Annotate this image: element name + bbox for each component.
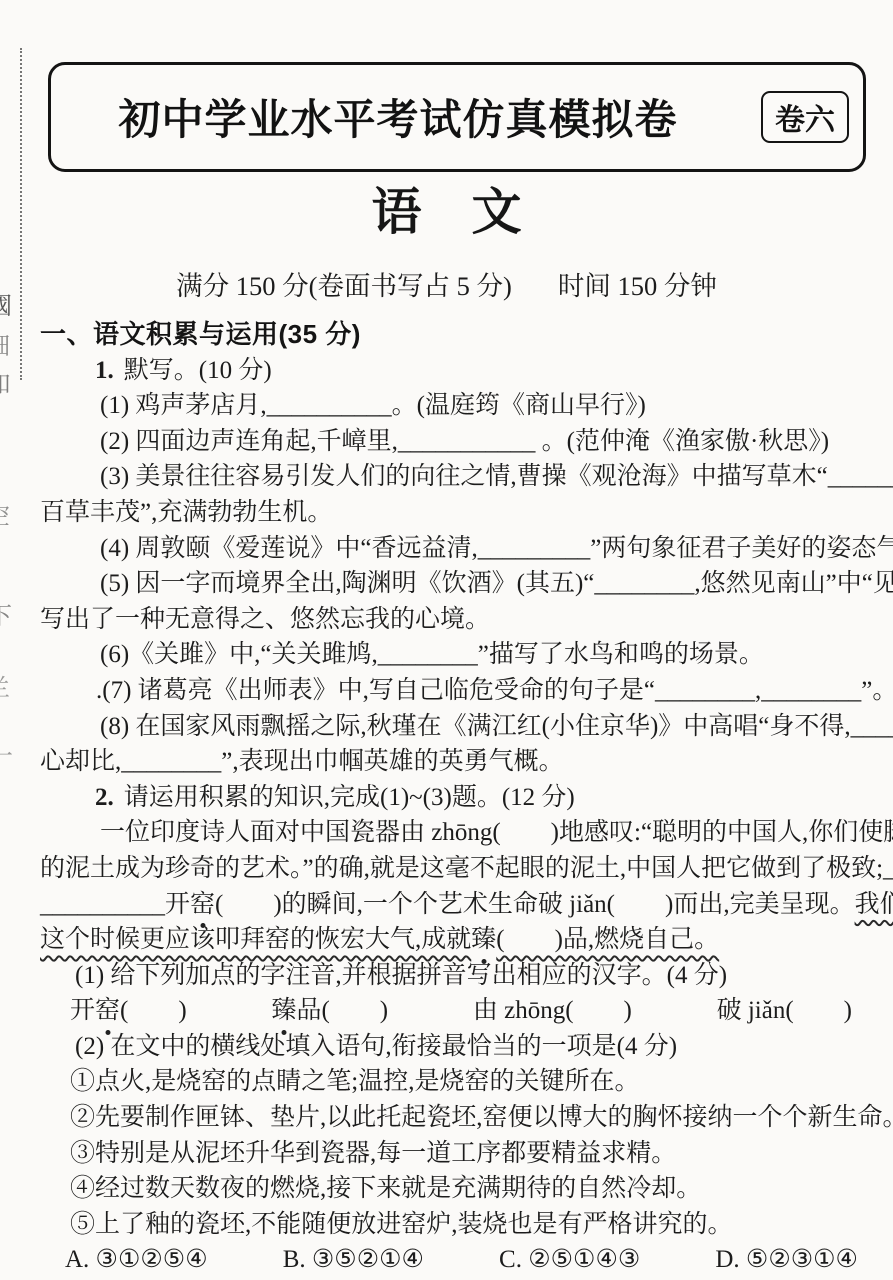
ordering-sentence-3: ③特别是从泥坯升华到瓷器,每一道工序都要精益求精。 — [40, 1136, 866, 1172]
option-D: D. ⑤②③①④ — [715, 1242, 858, 1278]
passage-line-1: 一位印度诗人面对中国瓷器由 zhōng( )地感叹:“聪明的中国人,你们使脚下 — [40, 815, 866, 851]
passage-line-4: 这个时候更应该叩拜窑的恢宏大气,成就臻( )品,燃烧自己。 — [40, 922, 866, 958]
ordering-sentence-5: ⑤上了釉的瓷坯,不能随便放进窑炉,装烧也是有严格讲究的。 — [40, 1207, 866, 1243]
option-B: B. ③⑤②①④ — [283, 1242, 424, 1278]
margin-artifact: 如 — [0, 364, 11, 399]
passage-text: ( )品,燃烧自己。 — [496, 926, 719, 953]
option-C: C. ②⑤①④③ — [499, 1242, 640, 1278]
ordering-sentence-1: ①点火,是烧窑的点睛之笔;温控,是烧窑的关键所在。 — [40, 1064, 866, 1100]
subquestion-1: (1) 给下列加点的字注音,并根据拼音写出相应的汉字。(4 分) — [40, 958, 866, 994]
margin-artifact: 空 — [0, 496, 10, 531]
exam-title: 初中学业水平考试仿真模拟卷 — [51, 65, 745, 169]
subject-char-second: 文 — [472, 184, 522, 240]
pinyin-item-kaiyao: 开窑( ) — [70, 993, 187, 1029]
margin-artifact: 下 — [0, 596, 12, 631]
question-1-heading: 1.默写。(10 分) — [40, 353, 866, 389]
passage-text: 这个时候更应该叩拜窑的恢宏大气,成就 — [40, 926, 471, 953]
passage-text: ( )的瞬间,一个个艺术生命破 jiǎn( )而出,完美呈现。 — [215, 891, 855, 918]
pinyin-item-pojian: 破 jiǎn( ) — [717, 993, 852, 1029]
subquestion-2: (2) 在文中的横线处填入语句,衔接最恰当的一项是(4 分) — [40, 1029, 866, 1065]
pinyin-answer-row: 开窑( ) 臻品( ) 由 zhōng( ) 破 jiǎn( ) — [40, 993, 866, 1029]
emphasized-char-yao: 窑 — [95, 993, 120, 1029]
margin-artifact: 兰 — [0, 668, 10, 703]
recitation-item-5: (5) 因一字而境界全出,陶渊明《饮酒》(其五)“________,悠然见南山”… — [40, 566, 866, 602]
recitation-item-8: (8) 在国家风雨飘摇之际,秋瑾在《满江红(小住京华)》中高唱“身不得,____… — [40, 709, 866, 745]
question-1-number: 1. — [95, 357, 114, 384]
answer-options-row: A. ③①②⑤④ B. ③⑤②①④ C. ②⑤①④③ D. ⑤②③①④ — [40, 1242, 866, 1278]
pinyin-item-youzhong: 由 zhōng( ) — [473, 993, 632, 1029]
margin-artifact: 细 — [0, 326, 10, 361]
question-2-number: 2. — [95, 784, 114, 811]
exam-header-box: 初中学业水平考试仿真模拟卷 卷六 — [48, 62, 866, 172]
pinyin-item-zhenpin: 臻品( ) — [271, 993, 388, 1029]
passage-line-2: 的泥土成为珍奇的艺术。”的确,就是这毫不起眼的泥土,中国人把它做到了极致;___… — [40, 851, 866, 887]
recitation-item-1: (1) 鸡声茅店月,__________。(温庭筠《商山早行》) — [40, 388, 866, 424]
exam-body: 一、语文积累与运用(35 分) 1.默写。(10 分) (1) 鸡声茅店月,__… — [40, 317, 866, 1278]
volume-badge: 卷六 — [761, 91, 849, 143]
ordering-sentence-2: ②先要制作匣钵、垫片,以此托起瓷坯,窑便以博大的胸怀接纳一个个新生命。 — [40, 1100, 866, 1136]
exam-meta: 满分 150 分(卷面书写占 5 分)时间 150 分钟 — [0, 264, 893, 303]
question-1-title: 默写。(10 分) — [124, 357, 272, 384]
recitation-item-2: (2) 四面边声连角起,千嶂里,___________ 。(范仲淹《渔家傲·秋思… — [40, 424, 866, 460]
recitation-item-5-continued: 写出了一种无意得之、悠然忘我的心境。 — [40, 602, 866, 638]
exam-paper-page: 國 细 如 空 下 兰 一 初中学业水平考试仿真模拟卷 卷六 语文 满分 150… — [0, 0, 893, 1280]
ordering-sentence-4: ④经过数天数夜的燃烧,接下来就是充满期待的自然冷却。 — [40, 1171, 866, 1207]
passage-line-3: __________开窑( )的瞬间,一个个艺术生命破 jiǎn( )而出,完美… — [40, 887, 866, 923]
wavy-underlined-text: 我们 — [855, 891, 893, 918]
question-2-heading: 2.请运用积累的知识,完成(1)~(3)题。(12 分) — [40, 780, 866, 816]
emphasized-char-yao: 窑 — [190, 887, 215, 923]
option-A: A. ③①②⑤④ — [65, 1242, 208, 1278]
recitation-item-3-continued: 百草丰茂”,充满勃勃生机。 — [40, 495, 866, 531]
recitation-item-3: (3) 美景往往容易引发人们的向往之情,曹操《观沧海》中描写草木“_______… — [40, 459, 866, 495]
meta-total-score: 满分 150 分(卷面书写占 5 分) — [176, 264, 512, 303]
recitation-item-4: (4) 周敦颐《爱莲说》中“香远益清,_________”两句象征君子美好的姿态… — [40, 531, 866, 567]
recitation-item-6: (6)《关雎》中,“关关雎鸠,________”描写了水鸟和鸣的场景。 — [40, 637, 866, 673]
passage-text: 开 — [165, 891, 190, 918]
recitation-item-8-continued: 心却比,________”,表现出巾帼英雄的英勇气概。 — [40, 744, 866, 780]
emphasized-char-zhen: 臻 — [271, 993, 296, 1029]
recitation-item-7: .(7) 诸葛亮《出师表》中,写自己临危受命的句子是“________,____… — [40, 673, 866, 709]
subject-title: 语文 — [0, 184, 893, 240]
section-1-heading: 一、语文积累与运用(35 分) — [40, 317, 866, 353]
passage-blank: __________ — [40, 891, 165, 918]
question-2-title: 请运用积累的知识,完成(1)~(3)题。(12 分) — [124, 784, 575, 811]
emphasized-char-zhen: 臻 — [471, 922, 496, 958]
subject-char-first: 语 — [372, 184, 422, 240]
margin-artifact: 一 — [0, 736, 13, 771]
meta-duration: 时间 150 分钟 — [558, 264, 717, 303]
